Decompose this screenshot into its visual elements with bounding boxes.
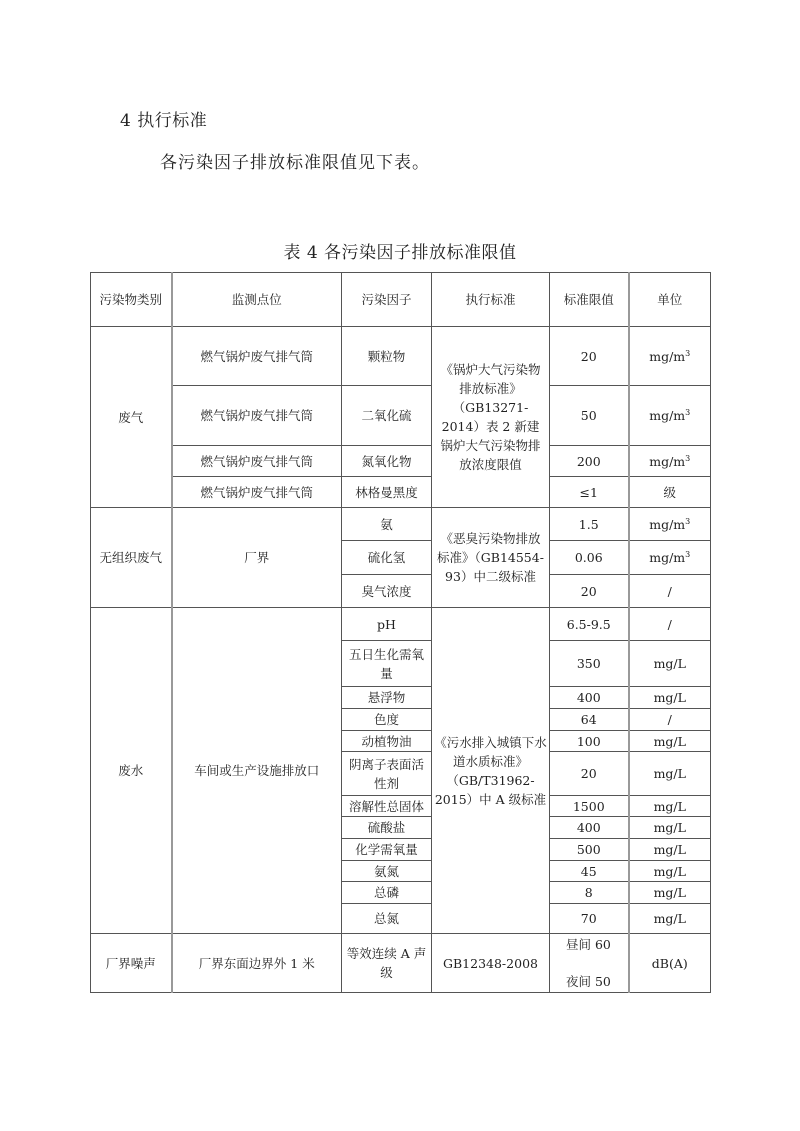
unit-cell: mg/m3 <box>629 327 711 386</box>
limit-cell: 50 <box>550 386 629 446</box>
factor-cell: 化学需氧量 <box>342 839 432 861</box>
table-row: 燃气锅炉废气排气筒 林格曼黑度 ≤1 级 <box>91 477 711 508</box>
factor-cell: 颗粒物 <box>342 327 432 386</box>
limit-cell: 1500 <box>550 796 629 817</box>
unit-cell: dB(A) <box>629 934 711 993</box>
limit-cell: 64 <box>550 709 629 731</box>
unit-cell: mg/L <box>629 687 711 709</box>
unit-cell: mg/L <box>629 861 711 882</box>
standard-cell: 《污水排入城镇下水道水质标准》（GB/T31962-2015）中 A 级标准 <box>432 608 550 934</box>
factor-cell: 氨 <box>342 508 432 541</box>
factor-cell: 总氮 <box>342 904 432 934</box>
unit-cell: mg/m3 <box>629 446 711 477</box>
limit-cell: 20 <box>550 752 629 796</box>
table-row: 废气 燃气锅炉废气排气筒 颗粒物 《锅炉大气污染物排放标准》（GB13271-2… <box>91 327 711 386</box>
factor-cell: 悬浮物 <box>342 687 432 709</box>
unit-cell: / <box>629 575 711 608</box>
unit-cell: mg/m3 <box>629 508 711 541</box>
category-cell: 无组织废气 <box>91 508 172 608</box>
limit-cell: 昼间 60 夜间 50 <box>550 934 629 993</box>
unit-cell: mg/L <box>629 752 711 796</box>
header-location: 监测点位 <box>172 273 342 327</box>
factor-cell: 色度 <box>342 709 432 731</box>
limit-cell: 20 <box>550 327 629 386</box>
unit-cell: mg/m3 <box>629 386 711 446</box>
unit-cell: / <box>629 709 711 731</box>
section-heading: 4 执行标准 <box>120 106 207 131</box>
location-cell: 燃气锅炉废气排气筒 <box>172 386 342 446</box>
table-row: 厂界噪声 厂界东面边界外 1 米 等效连续 A 声级 GB12348-2008 … <box>91 934 711 993</box>
standard-cell: 《恶臭污染物排放标准》（GB14554-93）中二级标准 <box>432 508 550 608</box>
factor-cell: 等效连续 A 声级 <box>342 934 432 993</box>
limit-cell: 350 <box>550 641 629 687</box>
limit-cell: 20 <box>550 575 629 608</box>
location-cell: 燃气锅炉废气排气筒 <box>172 446 342 477</box>
table-caption: 表 4 各污染因子排放标准限值 <box>0 238 800 263</box>
limit-cell: 400 <box>550 687 629 709</box>
limit-night: 夜间 50 <box>566 972 626 991</box>
limit-cell: 0.06 <box>550 541 629 575</box>
emission-standards-table: 污染物类别 监测点位 污染因子 执行标准 标准限值 单位 废气 燃气锅炉废气排气… <box>90 272 711 993</box>
category-cell: 废水 <box>91 608 172 934</box>
factor-cell: 臭气浓度 <box>342 575 432 608</box>
unit-cell: mg/m3 <box>629 541 711 575</box>
limit-day: 昼间 60 <box>566 935 626 954</box>
unit-cell: mg/L <box>629 817 711 839</box>
category-cell: 厂界噪声 <box>91 934 172 993</box>
limit-cell: 70 <box>550 904 629 934</box>
header-factor: 污染因子 <box>342 273 432 327</box>
limit-cell: 400 <box>550 817 629 839</box>
limit-cell: 200 <box>550 446 629 477</box>
unit-cell: mg/L <box>629 796 711 817</box>
table-row: 燃气锅炉废气排气筒 二氧化硫 50 mg/m3 <box>91 386 711 446</box>
factor-cell: 五日生化需氧量 <box>342 641 432 687</box>
standard-cell: 《锅炉大气污染物排放标准》（GB13271-2014）表 2 新建锅炉大气污染物… <box>432 327 550 508</box>
limit-cell: 6.5-9.5 <box>550 608 629 641</box>
limit-cell: 45 <box>550 861 629 882</box>
header-standard: 执行标准 <box>432 273 550 327</box>
table-row: 无组织废气 厂界 氨 《恶臭污染物排放标准》（GB14554-93）中二级标准 … <box>91 508 711 541</box>
factor-cell: 氨氮 <box>342 861 432 882</box>
standard-cell: GB12348-2008 <box>432 934 550 993</box>
unit-cell: mg/L <box>629 641 711 687</box>
unit-cell: 级 <box>629 477 711 508</box>
factor-cell: 氮氧化物 <box>342 446 432 477</box>
header-category: 污染物类别 <box>91 273 172 327</box>
table-row: 废水 车间或生产设施排放口 pH 《污水排入城镇下水道水质标准》（GB/T319… <box>91 608 711 641</box>
location-cell: 厂界东面边界外 1 米 <box>172 934 342 993</box>
factor-cell: 硫酸盐 <box>342 817 432 839</box>
unit-cell: / <box>629 608 711 641</box>
limit-cell: 8 <box>550 882 629 904</box>
location-cell: 燃气锅炉废气排气筒 <box>172 477 342 508</box>
category-cell: 废气 <box>91 327 172 508</box>
table-header-row: 污染物类别 监测点位 污染因子 执行标准 标准限值 单位 <box>91 273 711 327</box>
limit-cell: 500 <box>550 839 629 861</box>
location-cell: 车间或生产设施排放口 <box>172 608 342 934</box>
location-cell: 燃气锅炉废气排气筒 <box>172 327 342 386</box>
header-unit: 单位 <box>629 273 711 327</box>
table-row: 燃气锅炉废气排气筒 氮氧化物 200 mg/m3 <box>91 446 711 477</box>
unit-cell: mg/L <box>629 839 711 861</box>
factor-cell: 阴离子表面活性剂 <box>342 752 432 796</box>
unit-cell: mg/L <box>629 882 711 904</box>
factor-cell: 溶解性总固体 <box>342 796 432 817</box>
location-cell: 厂界 <box>172 508 342 608</box>
factor-cell: 二氧化硫 <box>342 386 432 446</box>
factor-cell: 动植物油 <box>342 731 432 752</box>
limit-cell: 1.5 <box>550 508 629 541</box>
limit-cell: ≤1 <box>550 477 629 508</box>
factor-cell: 林格曼黑度 <box>342 477 432 508</box>
limit-cell: 100 <box>550 731 629 752</box>
intro-paragraph: 各污染因子排放标准限值见下表。 <box>160 148 430 173</box>
factor-cell: 总磷 <box>342 882 432 904</box>
header-limit: 标准限值 <box>550 273 629 327</box>
unit-cell: mg/L <box>629 904 711 934</box>
factor-cell: 硫化氢 <box>342 541 432 575</box>
unit-cell: mg/L <box>629 731 711 752</box>
factor-cell: pH <box>342 608 432 641</box>
